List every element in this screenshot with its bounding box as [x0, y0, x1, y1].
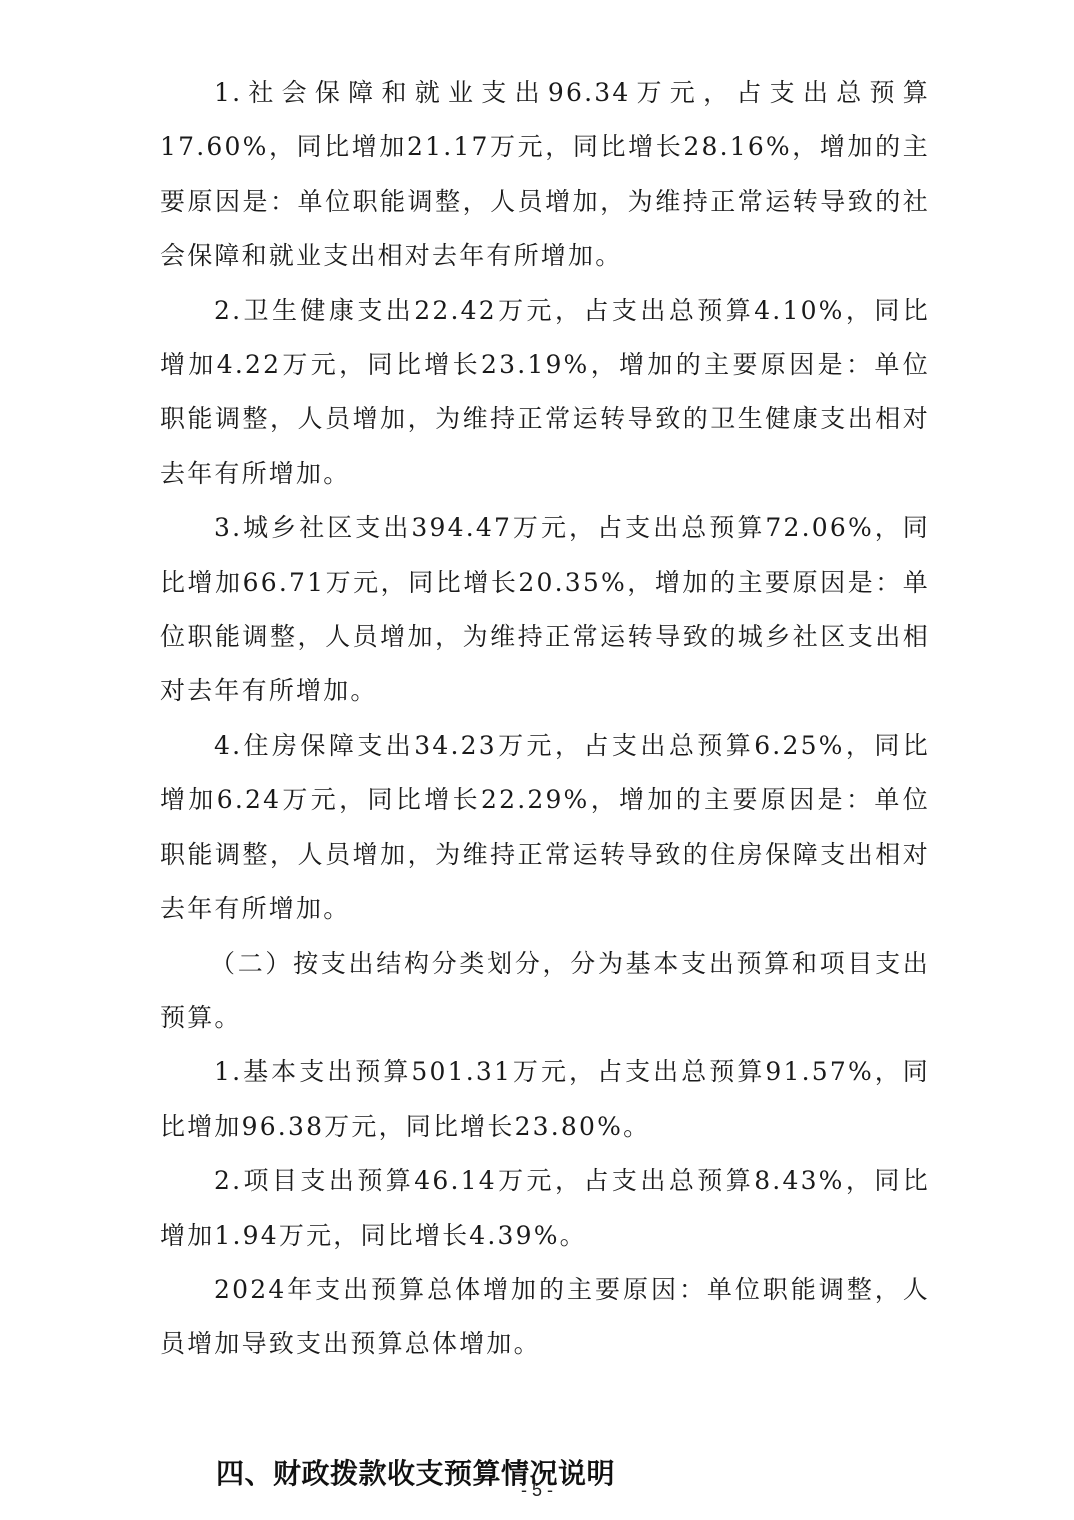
paragraph-health: 2.卫生健康支出22.42万元，占支出总预算4.10%，同比增加4.22万元，同…	[160, 284, 930, 502]
paragraph-structure-classification: （二）按支出结构分类划分，分为基本支出预算和项目支出预算。	[160, 937, 930, 1046]
paragraph-project-expenditure: 2.项目支出预算46.14万元，占支出总预算8.43%，同比增加1.94万元，同…	[160, 1154, 930, 1263]
paragraph-overall-reason: 2024年支出预算总体增加的主要原因：单位职能调整，人员增加导致支出预算总体增加…	[160, 1263, 930, 1372]
paragraph-housing: 4.住房保障支出34.23万元，占支出总预算6.25%，同比增加6.24万元，同…	[160, 719, 930, 937]
body-text: 1.社会保障和就业支出96.34万元，占支出总预算17.60%，同比增加21.1…	[160, 66, 930, 1372]
paragraph-urban-rural: 3.城乡社区支出394.47万元，占支出总预算72.06%，同比增加66.71万…	[160, 501, 930, 719]
document-page: 1.社会保障和就业支出96.34万元，占支出总预算17.60%，同比增加21.1…	[0, 0, 1074, 1520]
paragraph-basic-expenditure: 1.基本支出预算501.31万元，占支出总预算91.57%，同比增加96.38万…	[160, 1045, 930, 1154]
page-number: - 5 -	[0, 1480, 1074, 1501]
paragraph-social-security: 1.社会保障和就业支出96.34万元，占支出总预算17.60%，同比增加21.1…	[160, 66, 930, 284]
